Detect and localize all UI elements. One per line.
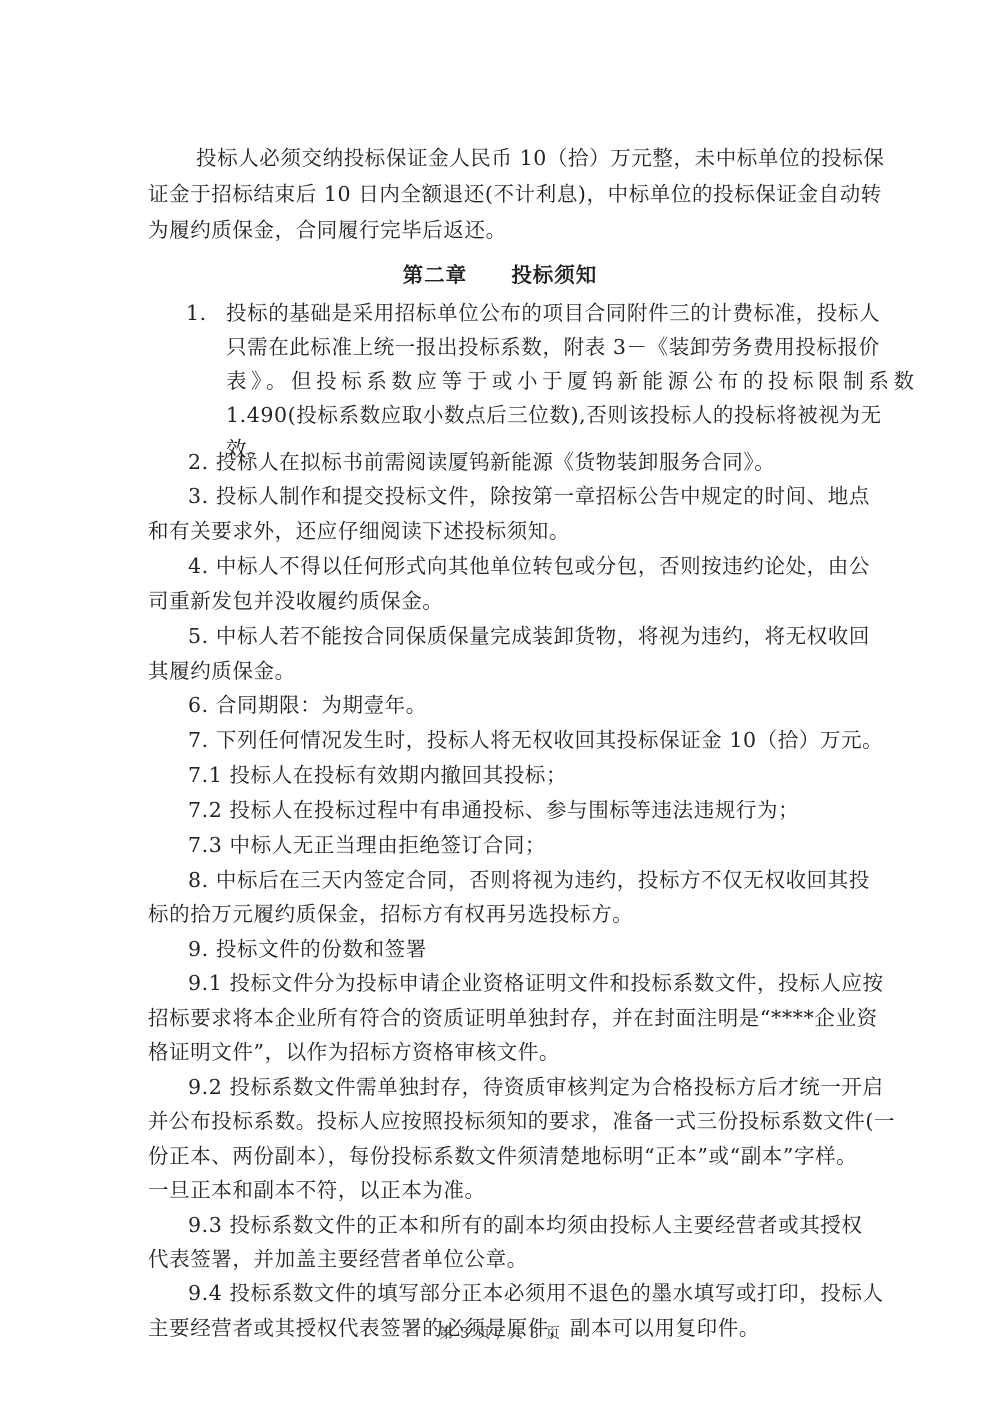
clause-1-line-3: 表》。但投标系数应等于或小于厦钨新能源公布的投标限制系数 (226, 367, 936, 395)
document-page: 投标人必须交纳投标保证金人民币 10（拾）万元整，未中标单位的投标保 证金于招标… (0, 0, 1000, 1414)
clause-8-line-2: 标的拾万元履约质保金，招标方有权再另选投标方。 (148, 900, 858, 928)
clause-9-1-line-2: 招标要求将本企业所有符合的资质证明单独封存，并在封面注明是“****企业资 (148, 1004, 858, 1032)
clause-7-1-line-1: 7.1 投标人在投标有效期内撤回其投标； (188, 761, 898, 789)
clause-9-1-line-3: 格证明文件”，以作为招标方资格审核文件。 (148, 1038, 858, 1066)
chapter-name: 投标须知 (511, 263, 597, 287)
clause-9-line-1: 9. 投标文件的份数和签署 (188, 935, 898, 963)
clause-1-line-2: 只需在此标准上统一报出投标系数，附表 3－《装卸劳务费用投标报价 (226, 333, 936, 361)
clause-2-line-1: 2. 投标人在拟标书前需阅读厦钨新能源《货物装卸服务合同》。 (188, 448, 898, 476)
clause-6-line-1: 6. 合同期限：为期壹年。 (188, 691, 898, 719)
clause-5-line-2: 其履约质保金。 (148, 657, 858, 685)
clause-4-line-1: 4. 中标人不得以任何形式向其他单位转包或分包，否则按违约论处，由公 (188, 552, 898, 580)
clause-7-line-1: 7. 下列任何情况发生时，投标人将无权收回其投标保证金 10（拾）万元。 (188, 726, 898, 754)
intro-line-1: 投标人必须交纳投标保证金人民币 10（拾）万元整，未中标单位的投标保 (196, 144, 906, 172)
clause-9-2-line-4: 一旦正本和副本不符，以正本为准。 (148, 1176, 858, 1204)
clause-9-2-line-1: 9.2 投标系数文件需单独封存，待资质审核判定为合格投标方后才统一开启 (188, 1073, 898, 1101)
page-footer: 第 3 页 / 共 8 页 (0, 1322, 1000, 1343)
clause-8-line-1: 8. 中标后在三天内签定合同，否则将视为违约，投标方不仅无权收回其投 (188, 866, 898, 894)
clause-9-2-line-3: 份正本、两份副本），每份投标系数文件须清楚地标明“正本”或“副本”字样。 (148, 1142, 858, 1170)
clause-7-3-line-1: 7.3 中标人无正当理由拒绝签订合同； (188, 831, 898, 859)
clause-9-1-line-1: 9.1 投标文件分为投标申请企业资格证明文件和投标系数文件，投标人应按 (188, 969, 898, 997)
clause-1-line-1: 投标的基础是采用招标单位公布的项目合同附件三的计费标准，投标人 (226, 299, 936, 327)
clause-7-2-line-1: 7.2 投标人在投标过程中有串通投标、参与围标等违法违规行为； (188, 796, 898, 824)
chapter-title: 第二章 投标须知 (0, 258, 1000, 288)
clause-3-line-2: 和有关要求外，还应仔细阅读下述投标须知。 (148, 517, 858, 545)
clause-4-line-2: 司重新发包并没收履约质保金。 (148, 587, 858, 615)
clause-9-4-line-1: 9.4 投标系数文件的填写部分正本必须用不退色的墨水填写或打印，投标人 (188, 1279, 898, 1307)
clause-9-3-line-2: 代表签署，并加盖主要经营者单位公章。 (148, 1245, 858, 1273)
clause-1-number: 1. (186, 299, 226, 327)
clause-1-line-4: 1.490(投标系数应取小数点后三位数),否则该投标人的投标将被视为无 (226, 401, 936, 429)
clause-5-line-1: 5. 中标人若不能按合同保质保量完成装卸货物，将视为违约，将无权收回 (188, 622, 898, 650)
intro-line-2: 证金于招标结束后 10 日内全额退还(不计利息)，中标单位的投标保证金自动转 (148, 180, 858, 208)
clause-9-2-line-2: 并公布投标系数。投标人应按照投标须知的要求，准备一式三份投标系数文件(一 (148, 1107, 858, 1135)
clause-9-3-line-1: 9.3 投标系数文件的正本和所有的副本均须由投标人主要经营者或其授权 (188, 1211, 898, 1239)
chapter-number: 第二章 (403, 263, 468, 287)
clause-3-line-1: 3. 投标人制作和提交投标文件，除按第一章招标公告中规定的时间、地点 (188, 482, 898, 510)
intro-line-3: 为履约质保金，合同履行完毕后返还。 (148, 216, 858, 244)
